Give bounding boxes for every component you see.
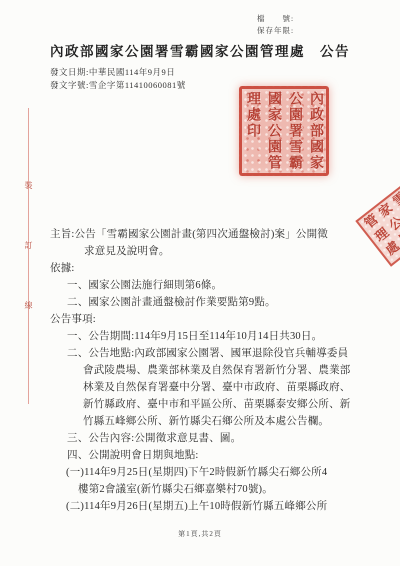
issue-date: 發文日期:中華民國114年9月9日: [50, 66, 186, 79]
matter-4-heading: 四、公開說明會日期與地點:: [67, 447, 362, 464]
page-title: 內政部國家公園署雪霸國家公園管理處 公告: [0, 40, 400, 60]
matter-2-location-5: 竹縣五峰鄉公所、新竹縣尖石鄉公所及本處公告欄。: [83, 413, 362, 430]
file-number-label: 檔 號:: [257, 13, 294, 25]
binding-line: [28, 108, 29, 404]
matter-2-location-4: 新竹縣政府、臺中市和平區公所、苗栗縣泰安鄉公所、新: [83, 396, 362, 413]
official-seal: 內政部國家公園署雪霸國家公園管理處印: [239, 86, 329, 176]
matters-heading: 公告事項:: [50, 311, 362, 328]
retention-period-label: 保存年限:: [257, 25, 294, 37]
doc-number: 發文字號:雪企字第11410060081號: [50, 79, 186, 92]
binding-char-xian: 線: [22, 300, 35, 311]
page-number: 第1頁,共2頁: [0, 529, 400, 539]
matter-2-location-2: 會武陵農場、農業部林業及自然保育署新竹分署、農業部: [83, 362, 362, 379]
basis-item-1: 一、國家公園法施行細則第6條。: [67, 277, 362, 294]
matter-3-content: 三、公告內容:公開徵求意見書、圖。: [67, 430, 362, 447]
binding-char-ding: 訂: [22, 240, 35, 251]
document-meta: 發文日期:中華民國114年9月9日 發文字號:雪企字第11410060081號: [50, 66, 186, 91]
meeting-1-line-1: (一)114年9月25日(星期四)下午2時假新竹縣尖石鄉公所4: [66, 464, 362, 481]
official-announcement-document: 檔 號: 保存年限: 內政部國家公園署雪霸國家公園管理處 公告 發文日期:中華民…: [0, 0, 400, 566]
matter-2-location-3: 林業及自然保育署臺中分署、臺中市政府、苗栗縣政府、: [83, 379, 362, 396]
binding-char-zhuang: 裝: [22, 180, 35, 191]
basis-item-2: 二、國家公園計畫通盤檢討作業要點第9點。: [67, 294, 362, 311]
meeting-1-line-2: 樓第2會議室(新竹縣尖石鄉嘉樂村70號)。: [78, 481, 362, 498]
meeting-2-line-1: (二)114年9月26日(星期五)上午10時假新竹縣五峰鄉公所: [66, 498, 362, 515]
document-body: 主旨:公告「雪霸國家公園計畫(第四次通盤檢討)案」公開徵 求意見及說明會。 依據…: [50, 226, 362, 515]
basis-heading: 依據:: [50, 260, 362, 277]
official-seal-text: 內政部國家公園署雪霸國家公園管理處印: [242, 89, 326, 173]
archive-header: 檔 號: 保存年限:: [257, 13, 294, 37]
matter-2-location-1: 二、公告地點:內政部國家公園署、國軍退除役官兵輔導委員: [67, 345, 362, 362]
page-crossing-seal-text: 雪霸國家公園管理處: [358, 188, 400, 263]
subject-line-2: 求意見及說明會。: [84, 243, 362, 260]
subject-line-1: 主旨:公告「雪霸國家公園計畫(第四次通盤檢討)案」公開徵: [50, 226, 362, 243]
matter-1-period: 一、公告期間:114年9月15日至114年10月14日共30日。: [67, 328, 362, 345]
